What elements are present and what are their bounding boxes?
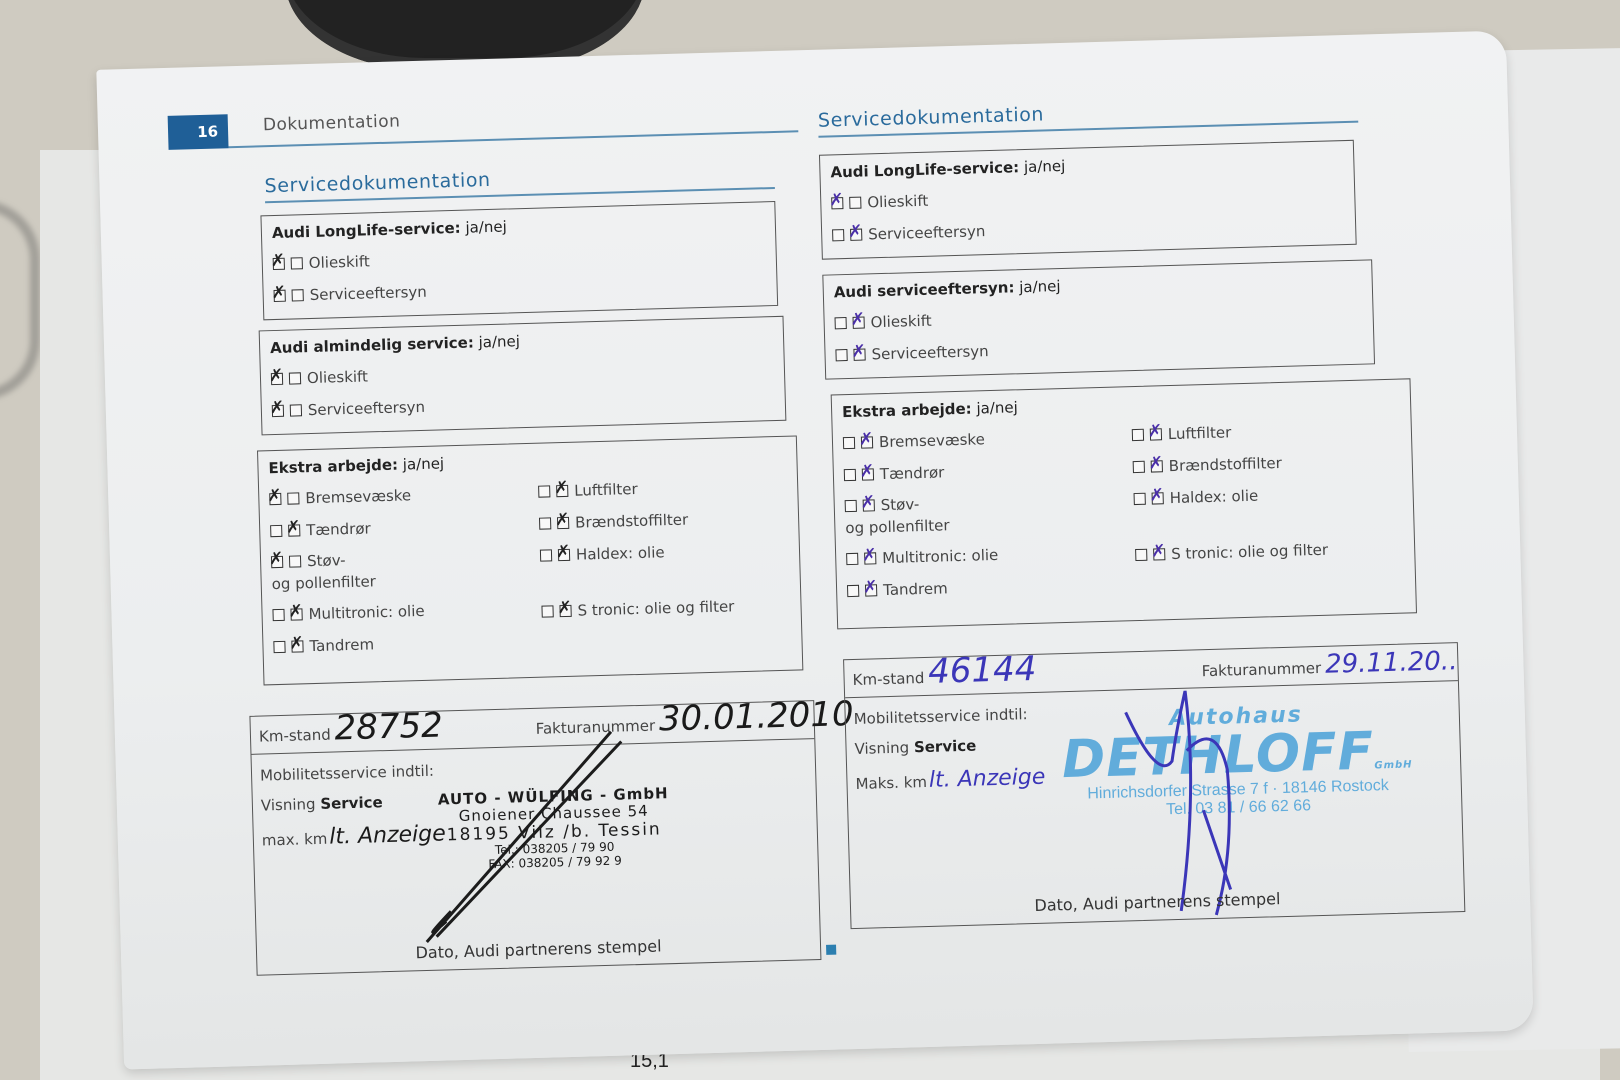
page-header-title: Dokumentation	[263, 111, 401, 135]
checkbox-ja[interactable]	[273, 641, 285, 653]
dealer-stamp: AUTO - WÜLFING - GmbH Gnoiener Chaussee …	[438, 785, 671, 873]
checklist-row: Olieskift	[273, 240, 776, 274]
left-page: 16 Dokumentation Servicedokumentation Au…	[96, 50, 821, 989]
checkbox-ja[interactable]	[844, 469, 856, 481]
checkbox-ja[interactable]	[847, 585, 859, 597]
date-stamp-label: Dato, Audi partnerens stempel	[257, 932, 820, 967]
checkbox-nej[interactable]	[291, 257, 303, 269]
background-cable	[0, 200, 40, 400]
checkbox-ja[interactable]	[274, 290, 286, 302]
checkbox-ja[interactable]	[539, 517, 551, 529]
checkbox-ja[interactable]	[1134, 493, 1146, 505]
km-field[interactable]: Km-stand46144	[852, 652, 1037, 691]
checkbox-ja[interactable]	[270, 525, 282, 537]
checklist-row: Olieskift	[831, 179, 1354, 214]
checklist-row: Olieskift	[834, 298, 1372, 333]
checklist-row: S tronic: olie og filter	[541, 594, 800, 621]
checklist-row: Multitronic: olie	[272, 598, 531, 625]
ekstra-arbejde-box: Ekstra arbejde: ja/nej Bremsevæske Tændr…	[831, 378, 1417, 629]
km-field[interactable]: Km-stand28752	[258, 708, 443, 747]
checkbox-nej[interactable]	[558, 549, 570, 561]
checkbox-ja[interactable]	[835, 349, 847, 361]
checklist-row: Haldex: olie	[1133, 481, 1412, 509]
service-booklet: 16 Dokumentation Servicedokumentation Au…	[96, 31, 1533, 1070]
checklist-row: Tandrem	[847, 573, 1126, 601]
checkbox-nej[interactable]	[1152, 492, 1164, 504]
checkbox-nej[interactable]	[292, 289, 304, 301]
checkbox-nej[interactable]	[290, 404, 302, 416]
section-title: Servicedokumentation	[264, 161, 775, 203]
invoice-field[interactable]: Fakturanummer30.01.2010	[535, 697, 854, 740]
checkbox-ja[interactable]	[831, 197, 843, 209]
checklist-row: Tændrør	[844, 457, 1123, 485]
checkbox-ja[interactable]	[273, 258, 285, 270]
checkbox-nej[interactable]	[1151, 460, 1163, 472]
ekstra-column-2: Luftfilter Brændstoffilter Haldex: olie …	[528, 462, 802, 649]
longlife-service-box: Audi LongLife-service: ja/nej Olieskift …	[819, 140, 1357, 260]
invoice-value-handwritten: 30.01.2010	[658, 694, 854, 739]
checkbox-ja[interactable]	[832, 229, 844, 241]
checkbox-ja[interactable]	[271, 556, 283, 568]
invoice-value-handwritten: 29.11.20..	[1325, 646, 1458, 680]
checkbox-nej[interactable]	[287, 492, 299, 504]
checkbox-ja[interactable]	[1133, 461, 1145, 473]
checklist-row: Haldex: olie	[540, 538, 799, 565]
checklist-row: Brændstoffilter	[539, 506, 798, 533]
mobility-label: Mobilitetsservice indtil:	[260, 751, 815, 784]
ekstra-arbejde-box: Ekstra arbejde: ja/nej Bremsevæske Tændr…	[257, 435, 803, 685]
checkbox-nej[interactable]	[290, 608, 302, 620]
checkbox-ja[interactable]	[1132, 429, 1144, 441]
km-value-handwritten: 46144	[928, 649, 1037, 692]
checkbox-nej[interactable]	[850, 229, 862, 241]
checklist-row: Serviceeftersyn	[835, 330, 1373, 365]
checkbox-ja[interactable]	[538, 485, 550, 497]
page-end-marker	[826, 945, 836, 955]
ekstra-column-1: Bremsevæske Tændrør Støv-og pollenfilter…	[832, 413, 1126, 601]
checkbox-nej[interactable]	[865, 584, 877, 596]
serviceeftersyn-box: Audi serviceeftersyn: ja/nej Olieskift S…	[822, 259, 1375, 379]
checkbox-nej[interactable]	[853, 317, 865, 329]
mileage-record-box: Km-stand28752 Fakturanummer30.01.2010 Mo…	[249, 700, 821, 976]
checkbox-nej[interactable]	[1153, 548, 1165, 560]
checkbox-ja[interactable]	[269, 493, 281, 505]
checkbox-ja[interactable]	[846, 553, 858, 565]
longlife-heading: Audi LongLife-service: ja/nej	[272, 210, 775, 242]
almindelig-heading: Audi almindelig service: ja/nej	[270, 325, 783, 357]
checkbox-nej[interactable]	[862, 468, 874, 480]
checklist-row: Serviceeftersyn	[272, 387, 785, 421]
checklist-row: Støv-og pollenfilter	[271, 546, 531, 593]
checkbox-nej[interactable]	[288, 524, 300, 536]
checkbox-ja[interactable]	[1135, 549, 1147, 561]
km-value-handwritten: 28752	[334, 705, 443, 748]
right-page: Servicedokumentation Audi LongLife-servi…	[816, 31, 1521, 970]
checkbox-nej[interactable]	[864, 552, 876, 564]
checklist-row: Serviceeftersyn	[832, 211, 1355, 246]
checklist-row: S tronic: olie og filter	[1135, 537, 1414, 565]
checkbox-nej[interactable]	[863, 499, 875, 511]
checkbox-ja[interactable]	[540, 549, 552, 561]
checkbox-nej[interactable]	[557, 517, 569, 529]
mileage-record-box: Km-stand46144 Fakturanummer29.11.20.. Mo…	[843, 642, 1465, 929]
dealer-stamp: Autohaus DETHLOFFGmbH Hinrichsdorfer Str…	[1061, 699, 1414, 822]
checklist-row: Tandrem	[273, 630, 532, 657]
checkbox-nej[interactable]	[289, 372, 301, 384]
page-number-tab: 16	[168, 114, 229, 150]
ekstra-column-1: Bremsevæske Tændrør Støv-og pollenfilter…	[259, 470, 533, 657]
checklist-row: Multitronic: olie	[846, 541, 1125, 569]
section-title: Servicedokumentation	[818, 95, 1359, 138]
date-stamp-label: Dato, Audi partnerens stempel	[851, 884, 1464, 920]
checklist-row: Brændstoffilter	[1133, 449, 1412, 477]
ekstra-column-2: Luftfilter Brændstoffilter Haldex: olie …	[1121, 405, 1415, 593]
checkbox-ja[interactable]	[272, 405, 284, 417]
checklist-row: Bremsevæske	[269, 482, 528, 509]
checklist-row: Luftfilter	[1132, 417, 1411, 445]
checkbox-nej[interactable]	[849, 197, 861, 209]
checkbox-ja[interactable]	[541, 605, 553, 617]
checkbox-ja[interactable]	[843, 437, 855, 449]
checklist-row: Luftfilter	[538, 474, 797, 501]
checkbox-nej[interactable]	[559, 605, 571, 617]
checkbox-ja[interactable]	[271, 373, 283, 385]
checkbox-nej[interactable]	[861, 436, 873, 448]
checkbox-nej[interactable]	[289, 555, 301, 567]
checklist-row: Bremsevæske	[843, 425, 1122, 453]
checklist-row: Tændrør	[270, 514, 529, 541]
invoice-field[interactable]: Fakturanummer29.11.20..	[1201, 648, 1457, 681]
checkbox-ja[interactable]	[272, 609, 284, 621]
checklist-row: Støv-og pollenfilter	[845, 489, 1125, 537]
checklist-row: Olieskift	[271, 355, 784, 389]
checkbox-nej[interactable]	[1150, 428, 1162, 440]
longlife-service-box: Audi LongLife-service: ja/nej Olieskift …	[260, 201, 778, 320]
checklist-row: Serviceeftersyn	[273, 272, 776, 306]
checkbox-nej[interactable]	[556, 485, 568, 497]
checkbox-ja[interactable]	[835, 317, 847, 329]
checkbox-nej[interactable]	[291, 640, 303, 652]
checkbox-ja[interactable]	[845, 500, 857, 512]
checkbox-nej[interactable]	[853, 349, 865, 361]
almindelig-service-box: Audi almindelig service: ja/nej Olieskif…	[259, 316, 787, 436]
